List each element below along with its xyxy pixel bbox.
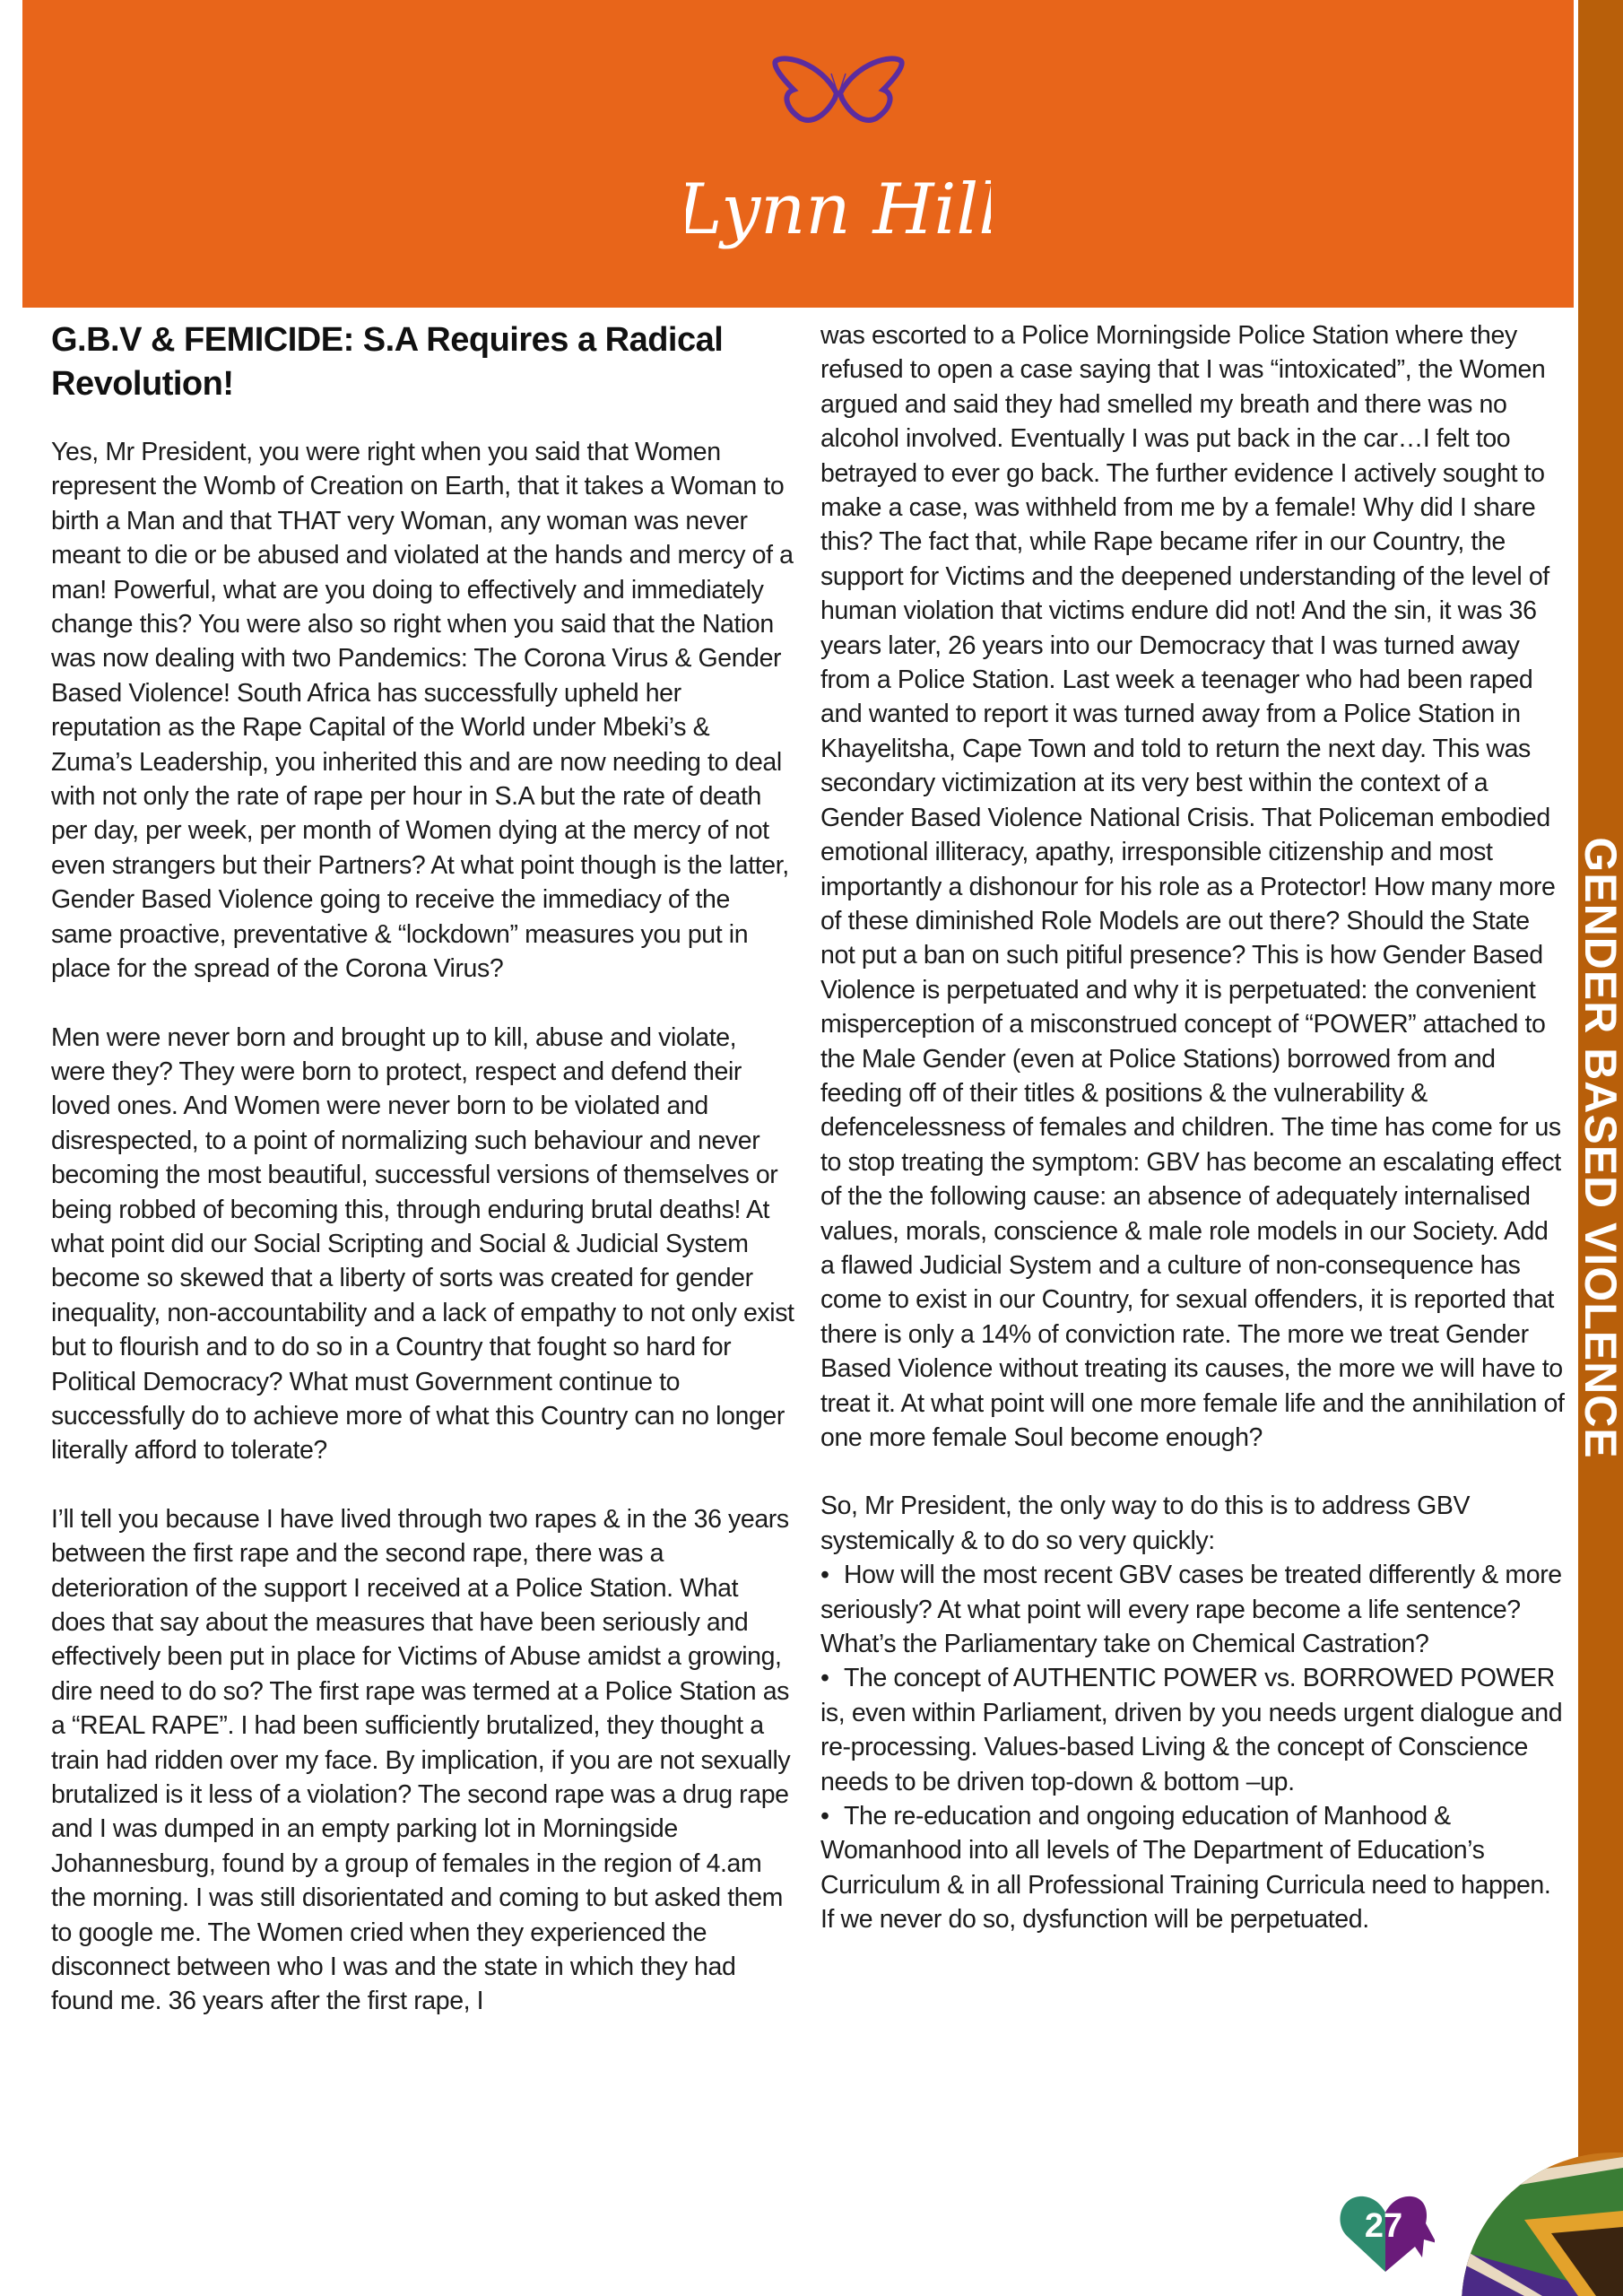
bullet-icon: •: [820, 1661, 844, 1695]
bullet-text: The concept of AUTHENTIC POWER vs. BORRO…: [820, 1664, 1562, 1796]
paragraph: was escorted to a Police Morningside Pol…: [820, 318, 1565, 1455]
bullet-icon: •: [820, 1799, 844, 1833]
article-right-column: was escorted to a Police Morningside Pol…: [820, 318, 1565, 1937]
bullet-icon: •: [820, 1558, 844, 1592]
paragraph: So, Mr President, the only way to do thi…: [820, 1489, 1565, 1558]
header-banner: Lynn Hill: [22, 0, 1574, 308]
bullet-item: •How will the most recent GBV cases be t…: [820, 1558, 1565, 1661]
bullet-text: The re-education and ongoing education o…: [820, 1802, 1550, 1934]
lynn-hill-logo: Lynn Hill: [686, 54, 991, 269]
page-number: 27: [1357, 2207, 1410, 2246]
butterfly-icon: [775, 58, 901, 120]
side-banner-label: GENDER BASED VIOLENCE: [1575, 837, 1623, 1458]
bullet-item: •The re-education and ongoing education …: [820, 1799, 1565, 1937]
bullet-text: How will the most recent GBV cases be tr…: [820, 1561, 1562, 1658]
paragraph: I’ll tell you because I have lived throu…: [51, 1502, 795, 2019]
article-title: G.B.V & FEMICIDE: S.A Requires a Radical…: [51, 318, 795, 406]
article-left-column: G.B.V & FEMICIDE: S.A Requires a Radical…: [51, 318, 795, 2019]
brand-signature: Lynn Hill: [686, 170, 991, 250]
paragraph: Yes, Mr President, you were right when y…: [51, 435, 795, 987]
bullet-item: •The concept of AUTHENTIC POWER vs. BORR…: [820, 1661, 1565, 1799]
south-africa-flag-icon: [1444, 2148, 1623, 2296]
paragraph: Men were never born and brought up to ki…: [51, 1021, 795, 1468]
